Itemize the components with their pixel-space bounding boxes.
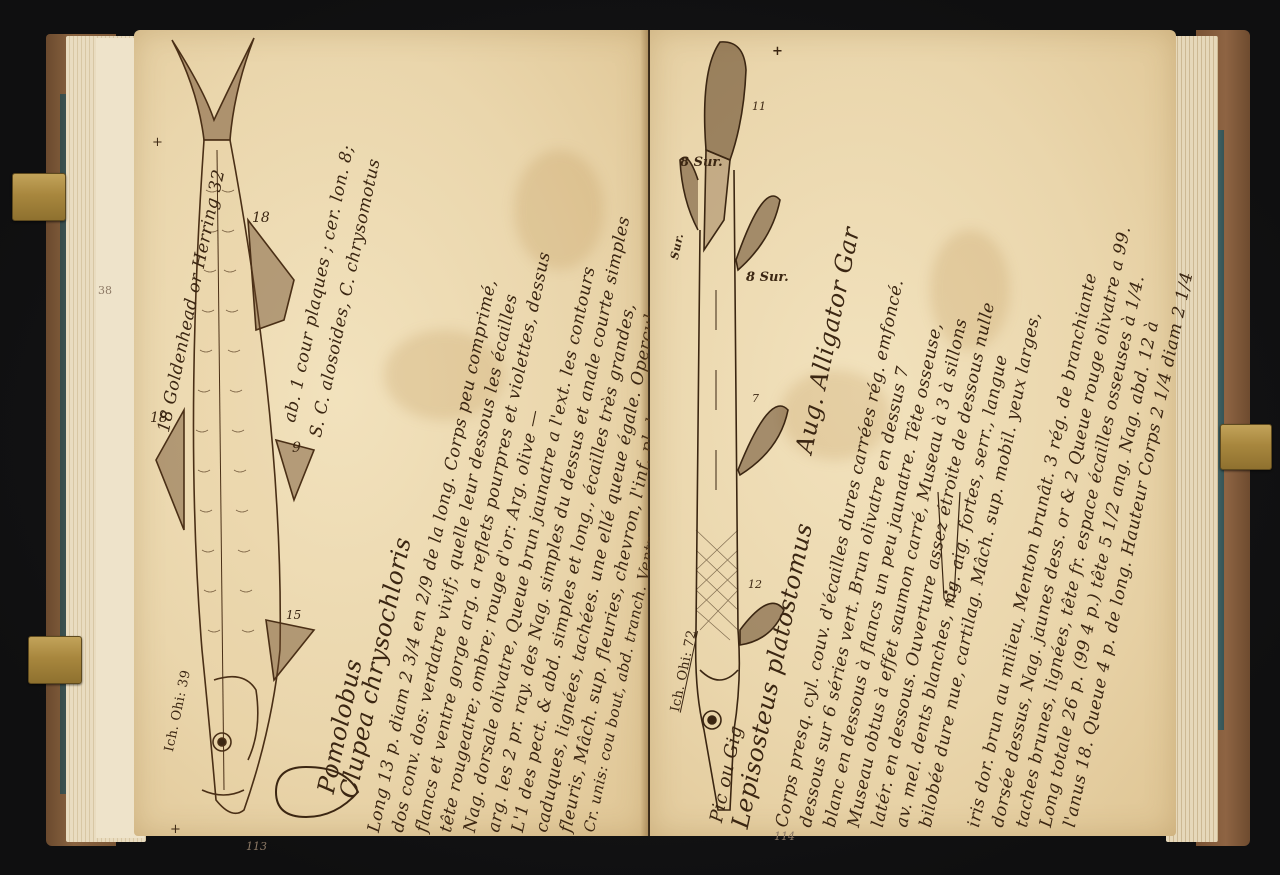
cross-mark: + xyxy=(170,822,181,837)
page-number: 114 xyxy=(774,830,795,843)
brass-clasp-bottom-left xyxy=(28,636,82,684)
cross-mark: + xyxy=(152,135,163,150)
foxing-stain xyxy=(514,150,604,270)
fin-count: 15 xyxy=(286,608,301,622)
fin-count: 18 xyxy=(150,410,168,426)
fin-count: 18 xyxy=(252,210,270,226)
right-page: + 8 Sur. Sur. 8 Sur. 11 7 12 Ich. Ohi: 7… xyxy=(650,30,1176,836)
page-number: 113 xyxy=(246,840,267,853)
margin-number: 38 xyxy=(98,284,112,297)
fin-label: 7 xyxy=(752,392,759,405)
fin-count: 9 xyxy=(292,440,301,456)
brass-clasp-right xyxy=(1220,424,1272,470)
fin-label: 12 xyxy=(748,578,762,591)
brass-clasp-top-left xyxy=(12,173,66,221)
fin-label: 8 Sur. xyxy=(746,270,789,285)
fin-label: 8 Sur. xyxy=(680,155,723,170)
cross-mark: + xyxy=(772,44,783,59)
left-page: + + Ich. Ohi: 39 113 18 Goldenhead or He… xyxy=(134,30,648,836)
fin-label: 11 xyxy=(752,100,766,113)
